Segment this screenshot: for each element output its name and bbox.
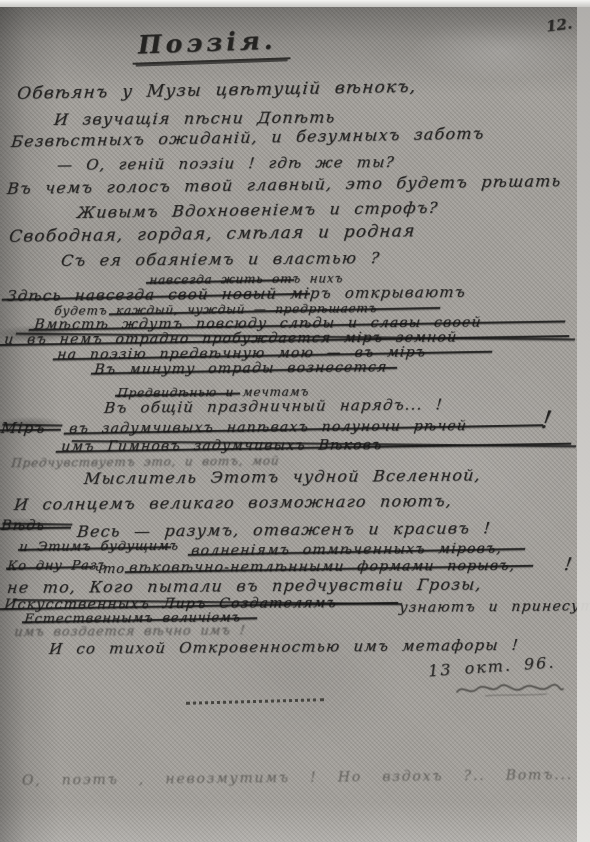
manuscript-line: что [93,562,125,577]
manuscript-photo: 12. Поэзія. Обвѣянъ у Музы цвѣтущій вѣно… [0,0,590,842]
manuscript-line: не то, Кого пытали въ предчувствіи Грозы… [6,574,553,597]
manuscript-line: ! [539,406,555,434]
manuscript-line: Міръ [0,419,62,437]
section-divider [186,698,324,705]
manuscript-line: въ задумчивыхъ напѣвахъ полуночи рѣчей [68,418,540,437]
manuscript-line: ! [563,554,575,575]
manuscript-line: имъ воздается вѣчно имъ ! [14,623,247,640]
manuscript-line: узнаютъ и принесутъ, [398,598,590,616]
manuscript-line: Въ чемъ голосъ твой главный, это будетъ … [6,171,562,198]
manuscript-line: И со тихой Откровенностью имъ метафоры ! [48,636,520,658]
manuscript-line: Обвѣянъ у Музы цвѣтущій вѣнокъ, [16,77,417,104]
manuscript-line: Весь — разумъ, отваженъ и красивъ ! [76,518,492,541]
manuscript-line: Живымъ Вдохновеніемъ и строфъ? [76,198,439,222]
manuscript-line: Въ минуту отрады вознесется [93,359,395,378]
pencil-footnote: О, поэтъ , невозмутимъ ! Но вздохъ ?.. В… [22,767,573,789]
manuscript-line: Свободная, гордая, смѣлая и родная [8,221,416,247]
manuscript-line: Мыслитель Этотъ чудной Вселенной, [83,466,482,488]
page-number: 12. [545,14,573,35]
signature-flourish-icon [455,680,565,704]
manuscript-line: Ко дну Разъ [7,558,93,574]
manuscript-line: Въ общій праздничный нарядъ... ! [103,395,444,417]
manuscript-line: волненіямъ отмѣченныхъ міровъ, [190,541,522,559]
manuscript-line: И звучащія пѣсни Допѣть [53,108,336,129]
manuscript-line: Съ ея обаяніемъ и властью ? [60,248,381,270]
manuscript-line: — О, геній поэзіи ! гдѣ же ты? [56,153,395,174]
manuscript-line: вѣковѣчно-нетлѣнными формами порывъ, [128,558,530,576]
poem-title: Поэзія. [131,25,291,65]
manuscript-line: и Этимъ будущимъ [19,539,170,555]
manuscript-line: Вѣдь [0,518,72,534]
date-annotation: 13 окт. 96. [427,653,555,681]
manuscript-line: имъ Гимновъ задумчивыхъ Вѣковъ [60,436,567,455]
manuscript-line: И солнцемъ великаго возможнаго поютъ, [13,491,453,514]
